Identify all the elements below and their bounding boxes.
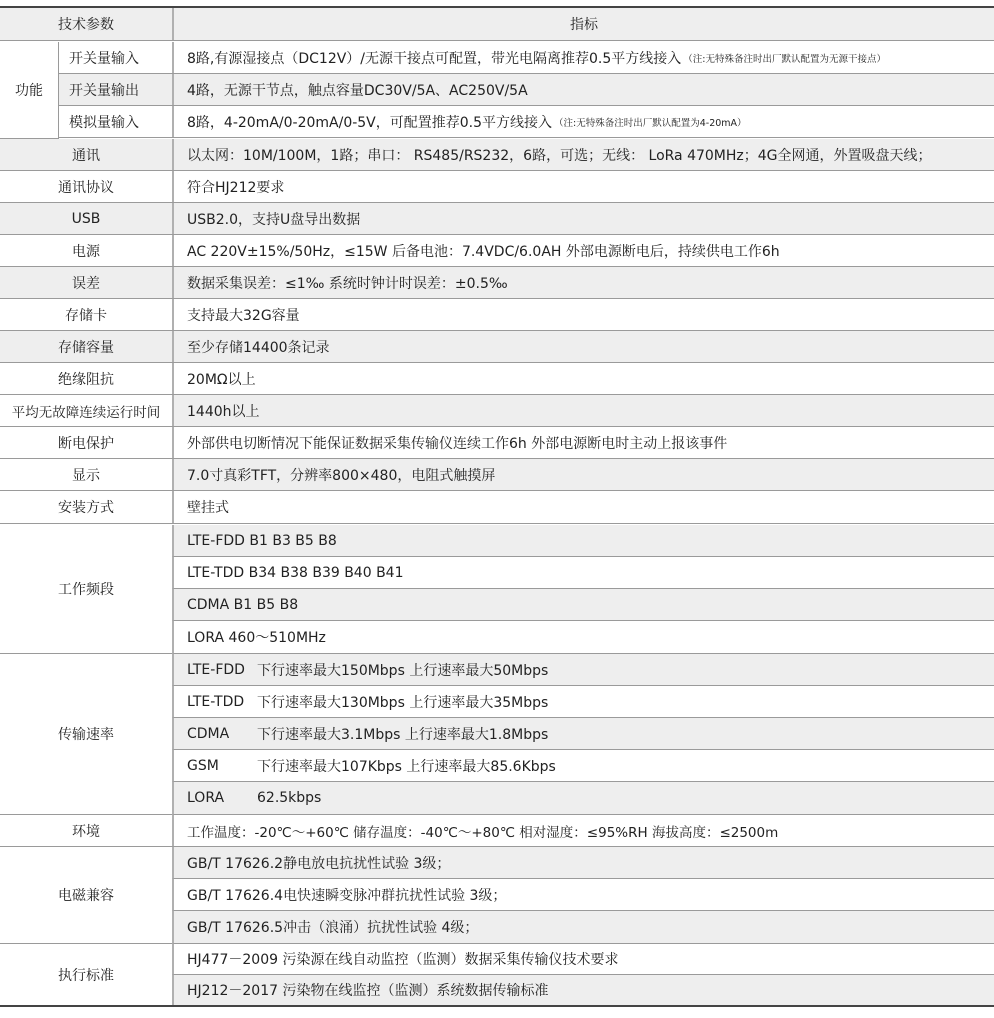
rate-mode: LTE-TDD: [187, 694, 257, 710]
table-row: 断电保护 外部供电切断情况下能保证数据采集传输仪连续工作6h 外部电源断电时主动…: [0, 427, 994, 459]
emc-item: GB/T 17626.5冲击（浪涌）抗扰性试验 4级；: [172, 911, 994, 944]
row-value: 4路，无源干节点，触点容量DC30V/5A、AC250V/5A: [172, 74, 994, 105]
group-label-emc: 电磁兼容: [0, 847, 172, 943]
table-header: 技术参数 指标: [0, 8, 994, 41]
emc-item: GB/T 17626.4电快速瞬变脉冲群抗扰性试验 3级；: [172, 879, 994, 911]
band-item: LORA 460～510MHz: [172, 621, 994, 654]
table-row: 电源 AC 220V±15%/50Hz，≤15W 后备电池：7.4VDC/6.0…: [0, 235, 994, 267]
row-value: 数据采集误差：≤1‰ 系统时钟计时误差：±0.5‰: [172, 267, 994, 298]
row-value: 20MΩ以上: [172, 363, 994, 394]
value-text: 8路,有源湿接点（DC12V）/无源干接点可配置，带光电隔离推荐0.5平方线接入: [187, 48, 681, 68]
table-row: 模拟量输入 8路，4-20mA/0-20mA/0-5V，可配置推荐0.5平方线接…: [59, 106, 994, 138]
row-value: 符合HJ212要求: [172, 171, 994, 202]
rate-item: CDMA 下行速率最大3.1Mbps 上行速率最大1.8Mbps: [172, 718, 994, 750]
row-value: 至少存储14400条记录: [172, 331, 994, 362]
table-row: 误差 数据采集误差：≤1‰ 系统时钟计时误差：±0.5‰: [0, 267, 994, 299]
rate-item: LTE-FDD 下行速率最大150Mbps 上行速率最大50Mbps: [172, 654, 994, 686]
row-label: 存储容量: [0, 331, 172, 362]
row-value: 8路,有源湿接点（DC12V）/无源干接点可配置，带光电隔离推荐0.5平方线接入…: [172, 42, 994, 73]
row-label: 断电保护: [0, 427, 172, 458]
value-note: （注:无特殊备注时出厂默认配置为无源干接点）: [683, 51, 886, 65]
row-label: 模拟量输入: [59, 106, 172, 137]
group-label-function: 功能: [0, 42, 58, 138]
row-label: 误差: [0, 267, 172, 298]
band-item: CDMA B1 B5 B8: [172, 589, 994, 621]
table-row: 平均无故障连续运行时间 1440h以上: [0, 395, 994, 427]
value-text: 8路，4-20mA/0-20mA/0-5V，可配置推荐0.5平方线接入: [187, 112, 552, 132]
standard-item: HJ477－2009 污染源在线自动监控（监测）数据采集传输仪技术要求: [172, 944, 994, 975]
row-label: 环境: [0, 815, 172, 846]
row-label: 平均无故障连续运行时间: [0, 395, 172, 426]
table-row: 存储卡 支持最大32G容量: [0, 299, 994, 331]
row-label: 存储卡: [0, 299, 172, 330]
row-value: 7.0寸真彩TFT，分辨率800×480，电阻式触摸屏: [172, 459, 994, 490]
row-label: USB: [0, 203, 172, 234]
table-row: 开关量输出 4路，无源干节点，触点容量DC30V/5A、AC250V/5A: [59, 74, 994, 106]
row-value: 外部供电切断情况下能保证数据采集传输仪连续工作6h 外部电源断电时主动上报该事件: [172, 427, 994, 458]
table-row: 通讯协议 符合HJ212要求: [0, 171, 994, 203]
row-label: 绝缘阻抗: [0, 363, 172, 394]
table-bottom-rule: [0, 1005, 994, 1007]
row-value: 支持最大32G容量: [172, 299, 994, 330]
row-value: AC 220V±15%/50Hz，≤15W 后备电池：7.4VDC/6.0AH …: [172, 235, 994, 266]
header-param: 技术参数: [0, 8, 172, 40]
table-row: 通讯 以太网：10M/100M，1路；串口： RS485/RS232，6路，可选…: [0, 139, 994, 171]
rate-item: GSM 下行速率最大107Kbps 上行速率最大85.6Kbps: [172, 750, 994, 782]
rate-value: 下行速率最大130Mbps 上行速率最大35Mbps: [257, 692, 548, 712]
standard-item: HJ212－2017 污染物在线监控（监测）系统数据传输标准: [172, 975, 994, 1005]
row-label: 电源: [0, 235, 172, 266]
band-item: LTE-FDD B1 B3 B5 B8: [172, 525, 994, 557]
rate-value: 下行速率最大150Mbps 上行速率最大50Mbps: [257, 660, 548, 680]
row-label: 显示: [0, 459, 172, 490]
row-label: 安装方式: [0, 491, 172, 523]
rate-value: 下行速率最大3.1Mbps 上行速率最大1.8Mbps: [257, 724, 548, 744]
row-label: 开关量输入: [59, 42, 172, 73]
value-note: （注:无特殊备注时出厂默认配置为4-20mA）: [554, 115, 747, 129]
row-value: 1440h以上: [172, 395, 994, 426]
rate-mode: CDMA: [187, 726, 257, 742]
table-row: 环境 工作温度：-20℃～+60℃ 储存温度：-40℃～+80℃ 相对湿度：≤9…: [0, 815, 994, 847]
row-value: USB2.0，支持U盘导出数据: [172, 203, 994, 234]
group-label-standards: 执行标准: [0, 944, 172, 1005]
row-value: 壁挂式: [172, 491, 994, 523]
band-item: LTE-TDD B34 B38 B39 B40 B41: [172, 557, 994, 589]
table-row: USB USB2.0，支持U盘导出数据: [0, 203, 994, 235]
row-value: 8路，4-20mA/0-20mA/0-5V，可配置推荐0.5平方线接入 （注:无…: [172, 106, 994, 137]
table-row: 开关量输入 8路,有源湿接点（DC12V）/无源干接点可配置，带光电隔离推荐0.…: [59, 42, 994, 74]
rate-mode: LORA: [187, 790, 257, 806]
rate-value: 下行速率最大107Kbps 上行速率最大85.6Kbps: [257, 756, 556, 776]
rate-value: 62.5kbps: [257, 790, 321, 806]
row-value: 工作温度：-20℃～+60℃ 储存温度：-40℃～+80℃ 相对湿度：≤95%R…: [172, 815, 994, 846]
row-label: 开关量输出: [59, 74, 172, 105]
emc-item: GB/T 17626.2静电放电抗扰性试验 3级；: [172, 847, 994, 879]
group-label-bands: 工作频段: [0, 525, 172, 653]
rate-item: LTE-TDD 下行速率最大130Mbps 上行速率最大35Mbps: [172, 686, 994, 718]
table-row: 显示 7.0寸真彩TFT，分辨率800×480，电阻式触摸屏: [0, 459, 994, 491]
table-row: 安装方式 壁挂式: [0, 491, 994, 524]
table-row: 绝缘阻抗 20MΩ以上: [0, 363, 994, 395]
row-label: 通讯: [0, 139, 172, 170]
rate-item: LORA 62.5kbps: [172, 782, 994, 815]
rate-mode: LTE-FDD: [187, 662, 257, 678]
table-row: 存储容量 至少存储14400条记录: [0, 331, 994, 363]
row-value: 以太网：10M/100M，1路；串口： RS485/RS232，6路，可选；无线…: [172, 139, 994, 170]
group-label-rate: 传输速率: [0, 654, 172, 814]
row-label: 通讯协议: [0, 171, 172, 202]
rate-mode: GSM: [187, 758, 257, 774]
header-spec: 指标: [172, 8, 994, 40]
